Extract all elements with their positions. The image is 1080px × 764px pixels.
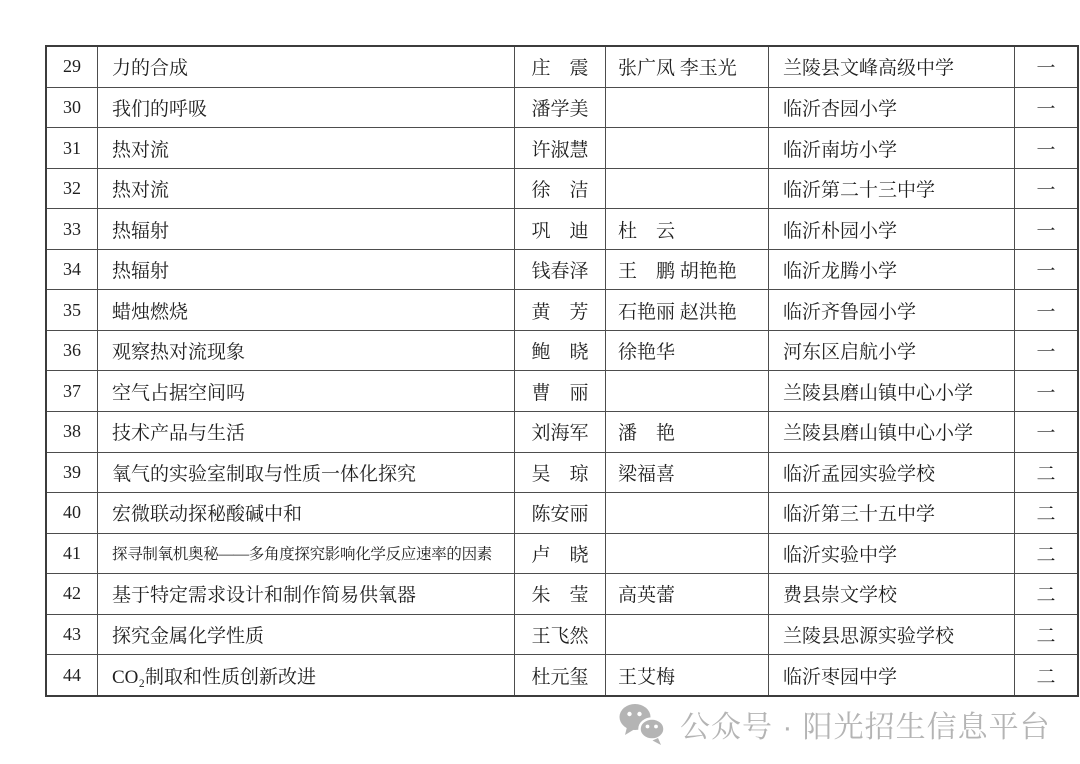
award-cell: 一 xyxy=(1015,371,1079,412)
row-number-cell: 29 xyxy=(46,46,98,87)
table-row: 36 观察热对流现象 鲍 晓 徐艳华 河东区启航小学 一 xyxy=(46,330,1078,371)
title-cell: 力的合成 xyxy=(98,46,515,87)
title-cell: 我们的呼吸 xyxy=(98,87,515,128)
school-cell: 兰陵县思源实验学校 xyxy=(769,614,1015,655)
co-teacher-cell xyxy=(606,87,769,128)
award-cell: 一 xyxy=(1015,330,1079,371)
award-cell: 二 xyxy=(1015,655,1079,696)
title-cell: 空气占据空间吗 xyxy=(98,371,515,412)
co-teacher-cell: 王艾梅 xyxy=(606,655,769,696)
co-teacher-cell: 徐艳华 xyxy=(606,330,769,371)
table-row: 34 热辐射 钱春泽 王 鹏 胡艳艳 临沂龙腾小学 一 xyxy=(46,249,1078,290)
watermark: 公众号 · 阳光招生信息平台 xyxy=(618,698,1051,750)
row-number-cell: 43 xyxy=(46,614,98,655)
title-cell: 氧气的实验室制取与性质一体化探究 xyxy=(98,452,515,493)
row-number-cell: 35 xyxy=(46,290,98,331)
school-cell: 临沂第二十三中学 xyxy=(769,168,1015,209)
co-teacher-cell xyxy=(606,493,769,534)
school-cell: 河东区启航小学 xyxy=(769,330,1015,371)
table-row: 43 探究金属化学性质 王飞然 兰陵县思源实验学校 二 xyxy=(46,614,1078,655)
title-cell: 基于特定需求设计和制作简易供氧器 xyxy=(98,574,515,615)
title-cell: 观察热对流现象 xyxy=(98,330,515,371)
school-cell: 临沂孟园实验学校 xyxy=(769,452,1015,493)
school-cell: 临沂龙腾小学 xyxy=(769,249,1015,290)
teacher-cell: 曹 丽 xyxy=(515,371,606,412)
school-cell: 临沂南坊小学 xyxy=(769,128,1015,169)
table-row: 30 我们的呼吸 潘学美 临沂杏园小学 一 xyxy=(46,87,1078,128)
teacher-cell: 朱 莹 xyxy=(515,574,606,615)
row-number-cell: 44 xyxy=(46,655,98,696)
teacher-cell: 钱春泽 xyxy=(515,249,606,290)
table-row: 41 探寻制氧机奥秘——多角度探究影响化学反应速率的因素 卢 晓 临沂实验中学 … xyxy=(46,533,1078,574)
row-number-cell: 41 xyxy=(46,533,98,574)
teacher-cell: 杜元玺 xyxy=(515,655,606,696)
title-cell: 技术产品与生活 xyxy=(98,412,515,453)
school-cell: 临沂枣园中学 xyxy=(769,655,1015,696)
title-cell: 热对流 xyxy=(98,128,515,169)
teacher-cell: 巩 迪 xyxy=(515,209,606,250)
teacher-cell: 徐 洁 xyxy=(515,168,606,209)
row-number-cell: 31 xyxy=(46,128,98,169)
award-cell: 一 xyxy=(1015,46,1079,87)
row-number-cell: 36 xyxy=(46,330,98,371)
watermark-text: 公众号 · 阳光招生信息平台 xyxy=(680,702,1051,746)
award-cell: 一 xyxy=(1015,128,1079,169)
co-teacher-cell xyxy=(606,614,769,655)
school-cell: 兰陵县磨山镇中心小学 xyxy=(769,412,1015,453)
row-number-cell: 40 xyxy=(46,493,98,534)
award-cell: 一 xyxy=(1015,249,1079,290)
award-cell: 一 xyxy=(1015,290,1079,331)
title-cell: 探究金属化学性质 xyxy=(98,614,515,655)
teacher-cell: 卢 晓 xyxy=(515,533,606,574)
table-row: 40 宏微联动探秘酸碱中和 陈安丽 临沂第三十五中学 二 xyxy=(46,493,1078,534)
row-number-cell: 42 xyxy=(46,574,98,615)
table-row: 44 CO₂制取和性质创新改进 杜元玺 王艾梅 临沂枣园中学 二 xyxy=(46,655,1078,696)
award-cell: 一 xyxy=(1015,209,1079,250)
co-teacher-cell: 高英蕾 xyxy=(606,574,769,615)
co-teacher-cell: 张广凤 李玉光 xyxy=(606,46,769,87)
award-cell: 二 xyxy=(1015,533,1079,574)
teacher-cell: 潘学美 xyxy=(515,87,606,128)
co-teacher-cell: 潘 艳 xyxy=(606,412,769,453)
row-number-cell: 32 xyxy=(46,168,98,209)
title-cell: 蜡烛燃烧 xyxy=(98,290,515,331)
table-row: 32 热对流 徐 洁 临沂第二十三中学 一 xyxy=(46,168,1078,209)
row-number-cell: 38 xyxy=(46,412,98,453)
row-number-cell: 39 xyxy=(46,452,98,493)
teacher-cell: 刘海军 xyxy=(515,412,606,453)
title-cell: 热辐射 xyxy=(98,209,515,250)
award-table: 29 力的合成 庄 震 张广凤 李玉光 兰陵县文峰高级中学 一 30 我们的呼吸… xyxy=(45,45,1079,697)
row-number-cell: 33 xyxy=(46,209,98,250)
teacher-cell: 陈安丽 xyxy=(515,493,606,534)
teacher-cell: 王飞然 xyxy=(515,614,606,655)
title-cell: CO₂制取和性质创新改进 xyxy=(98,655,515,696)
school-cell: 临沂朴园小学 xyxy=(769,209,1015,250)
co-teacher-cell xyxy=(606,533,769,574)
table-row: 38 技术产品与生活 刘海军 潘 艳 兰陵县磨山镇中心小学 一 xyxy=(46,412,1078,453)
table-row: 35 蜡烛燃烧 黄 芳 石艳丽 赵洪艳 临沂齐鲁园小学 一 xyxy=(46,290,1078,331)
co-teacher-cell xyxy=(606,371,769,412)
award-table-body: 29 力的合成 庄 震 张广凤 李玉光 兰陵县文峰高级中学 一 30 我们的呼吸… xyxy=(46,46,1078,696)
row-number-cell: 30 xyxy=(46,87,98,128)
row-number-cell: 37 xyxy=(46,371,98,412)
table-row: 29 力的合成 庄 震 张广凤 李玉光 兰陵县文峰高级中学 一 xyxy=(46,46,1078,87)
wechat-icon xyxy=(618,702,666,746)
award-cell: 一 xyxy=(1015,168,1079,209)
table-row: 33 热辐射 巩 迪 杜 云 临沂朴园小学 一 xyxy=(46,209,1078,250)
co-teacher-cell: 王 鹏 胡艳艳 xyxy=(606,249,769,290)
co-teacher-cell xyxy=(606,128,769,169)
co-teacher-cell: 石艳丽 赵洪艳 xyxy=(606,290,769,331)
co-teacher-cell xyxy=(606,168,769,209)
award-cell: 一 xyxy=(1015,87,1079,128)
school-cell: 临沂齐鲁园小学 xyxy=(769,290,1015,331)
title-cell: 探寻制氧机奥秘——多角度探究影响化学反应速率的因素 xyxy=(98,533,515,574)
award-cell: 二 xyxy=(1015,574,1079,615)
teacher-cell: 许淑慧 xyxy=(515,128,606,169)
table-row: 31 热对流 许淑慧 临沂南坊小学 一 xyxy=(46,128,1078,169)
table-row: 42 基于特定需求设计和制作简易供氧器 朱 莹 高英蕾 费县崇文学校 二 xyxy=(46,574,1078,615)
school-cell: 兰陵县磨山镇中心小学 xyxy=(769,371,1015,412)
co-teacher-cell: 梁福喜 xyxy=(606,452,769,493)
award-cell: 二 xyxy=(1015,452,1079,493)
award-cell: 二 xyxy=(1015,493,1079,534)
title-cell: 宏微联动探秘酸碱中和 xyxy=(98,493,515,534)
teacher-cell: 黄 芳 xyxy=(515,290,606,331)
teacher-cell: 庄 震 xyxy=(515,46,606,87)
school-cell: 临沂第三十五中学 xyxy=(769,493,1015,534)
school-cell: 临沂杏园小学 xyxy=(769,87,1015,128)
title-cell: 热辐射 xyxy=(98,249,515,290)
teacher-cell: 鲍 晓 xyxy=(515,330,606,371)
award-cell: 二 xyxy=(1015,614,1079,655)
title-cell: 热对流 xyxy=(98,168,515,209)
school-cell: 费县崇文学校 xyxy=(769,574,1015,615)
table-row: 39 氧气的实验室制取与性质一体化探究 吴 琼 梁福喜 临沂孟园实验学校 二 xyxy=(46,452,1078,493)
teacher-cell: 吴 琼 xyxy=(515,452,606,493)
award-cell: 一 xyxy=(1015,412,1079,453)
school-cell: 临沂实验中学 xyxy=(769,533,1015,574)
school-cell: 兰陵县文峰高级中学 xyxy=(769,46,1015,87)
row-number-cell: 34 xyxy=(46,249,98,290)
table-row: 37 空气占据空间吗 曹 丽 兰陵县磨山镇中心小学 一 xyxy=(46,371,1078,412)
co-teacher-cell: 杜 云 xyxy=(606,209,769,250)
